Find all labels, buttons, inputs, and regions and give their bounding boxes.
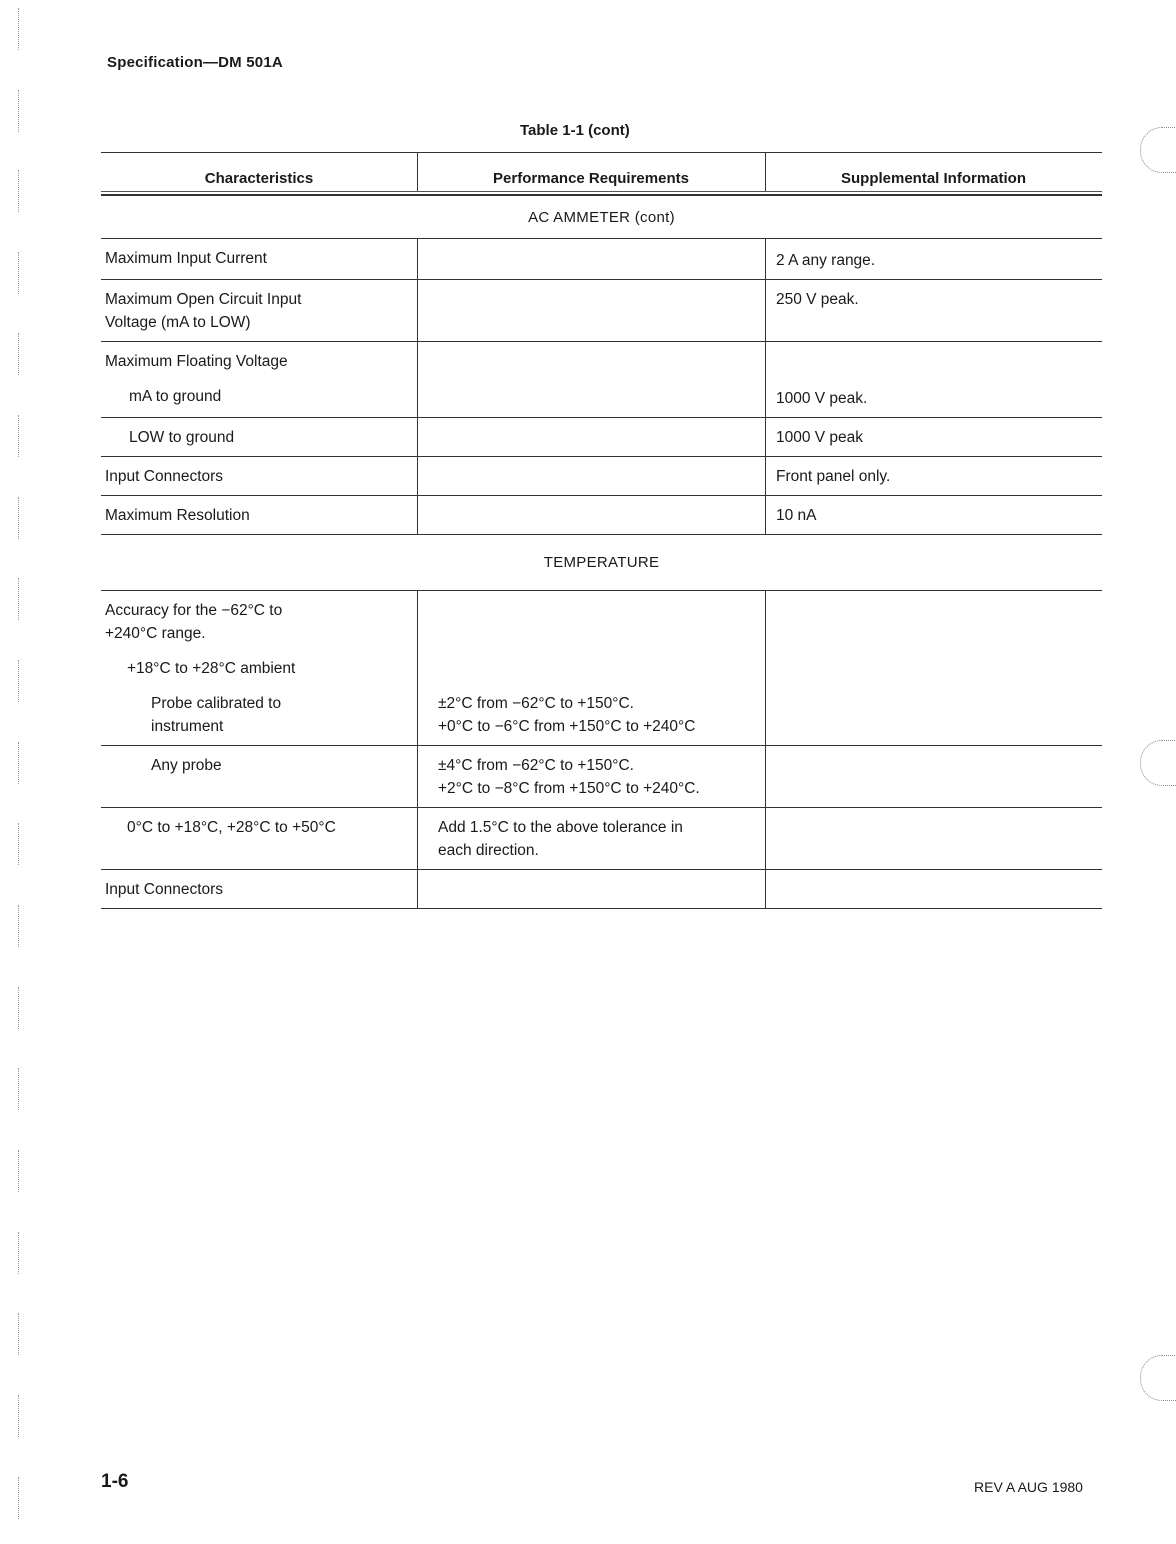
table-row: Maximum Floating Voltage mA to ground 10… — [101, 342, 1102, 418]
table-row: Any probe ±4°C from −62°C to +150°C. +2°… — [101, 746, 1102, 808]
column-header-supplemental: Supplemental Information — [765, 153, 1102, 191]
performance-text: ±4°C from −62°C to +150°C. — [438, 754, 761, 777]
binding-mark — [18, 497, 22, 539]
supplemental-text: 10 nA — [776, 504, 1098, 527]
table-row: Input Connectors Front panel only. — [101, 457, 1102, 496]
table-row: Maximum Resolution 10 nA — [101, 496, 1102, 535]
table-row: Maximum Open Circuit Input Voltage (mA t… — [101, 280, 1102, 342]
binding-mark — [18, 415, 22, 457]
punch-hole-mark — [1140, 740, 1176, 786]
binding-mark — [18, 1313, 22, 1355]
page-number: 1-6 — [101, 1471, 128, 1493]
binding-mark — [18, 905, 22, 947]
characteristic-subitem: 0°C to +18°C, +28°C to +50°C — [105, 816, 413, 839]
characteristic-text: Input Connectors — [105, 465, 413, 488]
binding-mark — [18, 1068, 22, 1110]
characteristic-subitem: Any probe — [105, 754, 413, 777]
table-header-row: Characteristics Performance Requirements… — [101, 152, 1102, 191]
supplemental-text: 250 V peak. — [776, 288, 1098, 311]
section-heading-temperature: TEMPERATURE — [101, 535, 1102, 591]
performance-text: each direction. — [438, 839, 761, 862]
characteristic-subitem: instrument — [105, 715, 413, 738]
binding-mark — [18, 1150, 22, 1192]
binding-mark — [18, 252, 22, 294]
binding-mark — [18, 660, 22, 702]
supplemental-text: 1000 V peak — [776, 426, 1098, 449]
binding-mark — [18, 1477, 22, 1519]
table-row: 0°C to +18°C, +28°C to +50°C Add 1.5°C t… — [101, 808, 1102, 870]
characteristic-text: Input Connectors — [105, 878, 413, 901]
supplemental-text: 2 A any range. — [776, 249, 1098, 272]
binding-mark — [18, 170, 22, 212]
table-caption: Table 1-1 (cont) — [520, 122, 630, 139]
characteristic-text: +240°C range. — [105, 622, 413, 645]
characteristic-subitem: LOW to ground — [105, 426, 413, 449]
characteristic-text: Maximum Open Circuit Input — [105, 288, 413, 311]
characteristic-subitem: mA to ground — [105, 385, 413, 408]
binding-mark — [18, 90, 22, 132]
table-row: Maximum Input Current 2 A any range. — [101, 239, 1102, 280]
punch-hole-mark — [1140, 127, 1176, 173]
page-header-title: Specification—DM 501A — [107, 54, 283, 71]
performance-text: Add 1.5°C to the above tolerance in — [438, 816, 761, 839]
characteristic-text: Voltage (mA to LOW) — [105, 311, 413, 334]
punch-hole-mark — [1140, 1355, 1176, 1401]
performance-text: ±2°C from −62°C to +150°C. — [438, 692, 761, 715]
binding-mark — [18, 987, 22, 1029]
binding-mark — [18, 1232, 22, 1274]
characteristic-text: Maximum Input Current — [105, 247, 413, 270]
section-heading-ac-ammeter: AC AMMETER (cont) — [101, 196, 1102, 239]
performance-text: +2°C to −8°C from +150°C to +240°C. — [438, 777, 761, 800]
column-header-characteristics: Characteristics — [101, 153, 417, 191]
supplemental-text: Front panel only. — [776, 465, 1098, 488]
binding-mark — [18, 578, 22, 620]
binding-mark — [18, 742, 22, 784]
column-header-performance: Performance Requirements — [417, 153, 765, 191]
table-row: Accuracy for the −62°C to +240°C range. … — [101, 591, 1102, 746]
binding-mark — [18, 823, 22, 865]
performance-text: +0°C to −6°C from +150°C to +240°C — [438, 715, 761, 738]
binding-mark — [18, 333, 22, 375]
characteristic-subitem: +18°C to +28°C ambient — [105, 657, 413, 680]
characteristic-text: Maximum Floating Voltage — [105, 350, 413, 373]
characteristic-text: Maximum Resolution — [105, 504, 413, 527]
binding-mark — [18, 1395, 22, 1437]
table-row: Input Connectors — [101, 870, 1102, 909]
specification-table: Characteristics Performance Requirements… — [101, 152, 1102, 909]
table-row: LOW to ground 1000 V peak — [101, 418, 1102, 457]
characteristic-text: Accuracy for the −62°C to — [105, 599, 413, 622]
characteristic-subitem: Probe calibrated to — [105, 692, 413, 715]
revision-label: REV A AUG 1980 — [974, 1479, 1083, 1495]
supplemental-text: 1000 V peak. — [776, 387, 1098, 410]
binding-mark — [18, 8, 22, 50]
